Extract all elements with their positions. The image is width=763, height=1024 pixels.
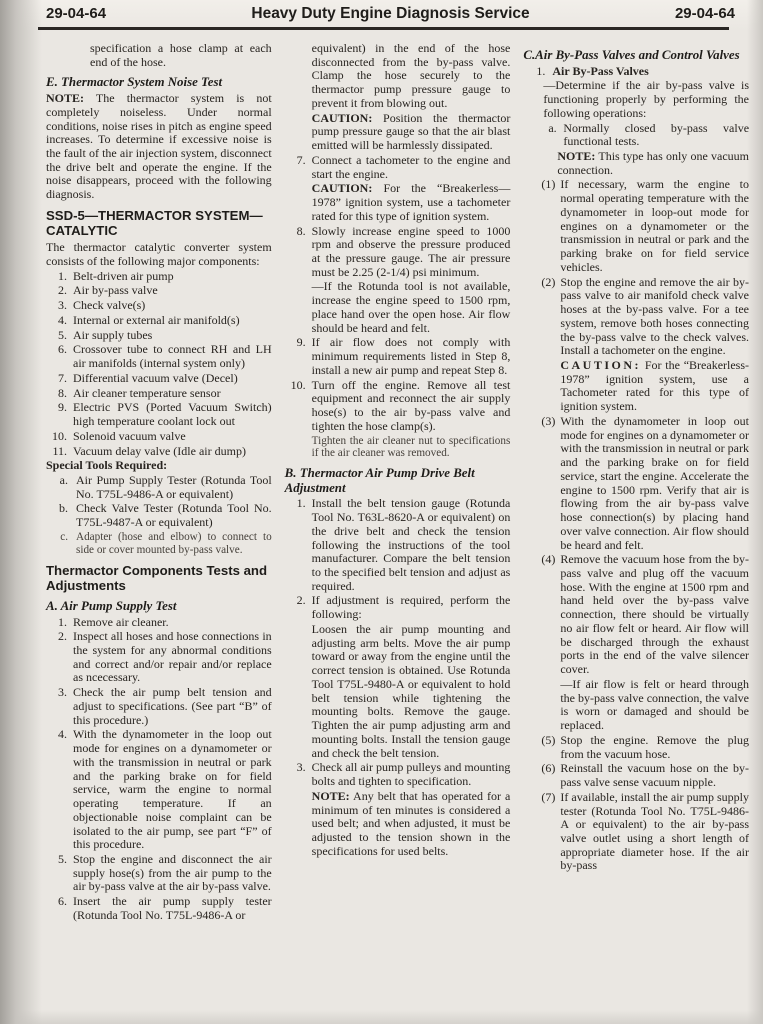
numbered-substep-text: Remove the vacuum hose from the by-pass … [560,552,749,676]
subsection-heading: B. Thermactor Air Pump Drive Belt Adjust… [285,466,511,495]
tool-item: c.Adapter (hose and elbow) to connect to… [46,531,272,557]
component-item: 3.Check valve(s) [46,299,272,313]
list-marker: (1) [529,178,555,192]
dash-note-text: —If the Rotunda tool is not available, i… [312,279,511,334]
dash-note: —Determine if the air by-pass valve is f… [523,79,749,120]
procedure-step: 3.Check the air pump belt tension and ad… [46,686,272,727]
sub-step-text: Normally closed by-pass valve functional… [563,121,749,149]
procedure-step: 9.If air flow does not comply with minim… [285,336,511,377]
component-item: 1.Belt-driven air pump [46,270,272,284]
list-marker: (7) [529,791,555,805]
list-marker: 4. [46,728,67,742]
tool-item-text: Check Valve Tester (Rotunda Tool No. T75… [76,501,272,529]
subsection-heading-text: E. Thermactor System Noise Test [46,75,222,89]
caution-paragraph: CAUTION: For the “Breakerless-1978” igni… [523,359,749,414]
numbered-substep-text: With the dynamometer in loop out mode fo… [560,414,749,552]
component-item: 9.Electric PVS (Ported Vacuum Switch) hi… [46,401,272,428]
list-marker: 2. [46,630,67,644]
subsection-heading: E. Thermactor System Noise Test [46,75,272,90]
note-paragraph: NOTE: This type has only one vacuum conn… [523,150,749,177]
page-title: Heavy Duty Engine Diagnosis Service [106,5,675,23]
subsection-heading-text: B. Thermactor Air Pump Drive Belt Adjust… [285,466,475,495]
subsection-heading-text: A. Air Pump Supply Test [46,599,177,613]
numbered-substep: (5)Stop the engine. Remove the plug from… [523,734,749,761]
list-marker: 1. [285,497,306,511]
dash-note: —If the Rotunda tool is not available, i… [285,280,511,335]
procedure-step-text: Connect a tachometer to the engine and s… [312,153,511,181]
procedure-step-text: Remove air cleaner. [73,615,169,629]
special-tools-heading: Special Tools Required: [46,459,272,473]
procedure-step: 4.With the dynamometer in the loop out m… [46,728,272,852]
procedure-step: 7.Connect a tachometer to the engine and… [285,154,511,181]
procedure-step: 3.Check all air pump pulleys and mountin… [285,761,511,788]
tool-item-text: Adapter (hose and elbow) to connect to s… [76,531,272,556]
bold-lead: Air By-Pass Valves [552,64,648,78]
numbered-substep: (3)With the dynamometer in loop out mode… [523,415,749,552]
list-marker: (3) [529,415,555,429]
component-item-text: Crossover tube to connect RH and LH air … [73,342,272,370]
subsection-heading: C.Air By-Pass Valves and Control Valves [523,48,749,63]
procedure-step-text: If adjustment is required, perform the f… [312,593,511,621]
continuation-text: specification a hose clamp at each end o… [46,42,272,69]
component-item: 5.Air supply tubes [46,329,272,343]
procedure-step-text: Stop the engine and disconnect the air s… [73,852,272,893]
list-marker: c. [48,531,68,544]
component-item: 8.Air cleaner temperature sensor [46,387,272,401]
component-item-text: Electric PVS (Ported Vacuum Switch) high… [73,400,272,428]
component-item-text: Internal or external air manifold(s) [73,313,240,327]
component-item: 10.Solenoid vacuum valve [46,430,272,444]
list-marker: (5) [529,734,555,748]
numbered-substep-text: If necessary, warm the engine to normal … [560,177,749,273]
procedure-step-text: Inspect all hoses and hose connections i… [73,629,272,684]
content-columns: specification a hose clamp at each end o… [46,42,749,1024]
list-marker: 5. [46,329,67,343]
list-marker: a. [48,474,68,488]
numbered-substep: (4)Remove the vacuum hose from the by-pa… [523,553,749,677]
list-marker: (2) [529,276,555,290]
section-heading: Thermactor Components Tests and Adjustme… [46,563,272,593]
numbered-substep-text: Reinstall the vacuum hose on the by-pass… [560,761,749,789]
continuation-text: equivalent) in the end of the hose disco… [285,42,511,111]
procedure-step: 2.If adjustment is required, perform the… [285,594,511,621]
tool-item: b.Check Valve Tester (Rotunda Tool No. T… [46,502,272,529]
list-marker: 6. [46,343,67,357]
procedure-step-text: Check all air pump pulleys and mounting … [312,760,511,788]
list-marker: 10. [285,379,306,393]
list-marker: 3. [46,686,67,700]
subsection-heading: A. Air Pump Supply Test [46,599,272,614]
component-item: 2.Air by-pass valve [46,284,272,298]
list-marker: 7. [46,372,67,386]
component-item-text: Air cleaner temperature sensor [73,386,221,400]
dash-note-text: —Determine if the air by-pass valve is f… [543,78,749,119]
component-item: 7.Differential vacuum valve (Decel) [46,372,272,386]
component-item-text: Vacuum delay valve (Idle air dump) [73,444,246,458]
list-marker: 9. [285,336,306,350]
procedure-step: 8.Slowly increase engine speed to 1000 r… [285,225,511,280]
sub-paragraph: Loosen the air pump mounting and adjusti… [285,623,511,760]
numbered-substep-text: Stop the engine and remove the air by-pa… [560,275,749,358]
list-marker: 3. [46,299,67,313]
list-marker: 7. [285,154,306,168]
dash-note: —If air flow is felt or heard through th… [523,678,749,733]
bold-lead: NOTE: [557,149,595,163]
list-marker: 6. [46,895,67,909]
list-marker: b. [48,502,68,516]
sub-paragraph-text: Loosen the air pump mounting and adjusti… [312,622,511,760]
list-marker: 10. [46,430,67,444]
scanned-page: 29-04-64 Heavy Duty Engine Diagnosis Ser… [0,0,763,1024]
list-marker: 4. [46,314,67,328]
list-marker: 2. [46,284,67,298]
numbered-substep: (7)If available, install the air pump su… [523,791,749,873]
continuation-text-text: equivalent) in the end of the hose disco… [312,41,511,110]
procedure-step: 2.Inspect all hoses and hose connections… [46,630,272,685]
special-tools-heading-text: Special Tools Required: [46,458,167,472]
list-marker: 5. [46,853,67,867]
caution-paragraph: CAUTION: Position the thermactor pump pr… [285,112,511,153]
column-3: C.Air By-Pass Valves and Control Valves1… [523,42,749,1024]
procedure-step-text: If air flow does not comply with minimum… [312,335,511,376]
note-paragraph: NOTE: The thermactor system is not compl… [46,92,272,202]
procedure-step: 1.Air By-Pass Valves [523,65,749,79]
component-item: 4.Internal or external air manifold(s) [46,314,272,328]
component-item: 6.Crossover tube to connect RH and LH ai… [46,343,272,370]
sub-step: a.Normally closed by-pass valve function… [523,122,749,149]
component-item: 11.Vacuum delay valve (Idle air dump) [46,445,272,459]
list-marker: 3. [285,761,306,775]
list-marker: 2. [285,594,306,608]
list-marker: 1. [525,65,545,79]
small-note-text: Tighten the air cleaner nut to specifica… [312,435,511,460]
bold-lead: NOTE: [312,789,350,803]
header-rule [38,27,729,30]
list-marker: 8. [46,387,67,401]
numbered-substep: (2)Stop the engine and remove the air by… [523,276,749,358]
tool-item-text: Air Pump Supply Tester (Rotunda Tool No.… [76,473,272,501]
procedure-step: 5.Stop the engine and disconnect the air… [46,853,272,894]
caution-paragraph: CAUTION: For the “Breakerless—1978” igni… [285,182,511,223]
page-number-right: 29-04-64 [675,5,735,22]
list-marker: (6) [529,762,555,776]
component-item-text: Air supply tubes [73,328,152,342]
list-marker: 8. [285,225,306,239]
component-item-text: Air by-pass valve [73,283,158,297]
section-heading-text: Thermactor Components Tests and Adjustme… [46,563,267,593]
procedure-step-text: With the dynamometer in the loop out mod… [73,727,272,851]
section-heading: SSD-5—THERMACTOR SYSTEM—CATALYTIC [46,208,272,238]
intro-paragraph: The thermactor catalytic converter syste… [46,241,272,268]
subsection-heading-text: C.Air By-Pass Valves and Control Valves [523,48,739,62]
procedure-step-text: Check the air pump belt tension and adju… [73,685,272,726]
numbered-substep-text: If available, install the air pump suppl… [560,790,749,873]
procedure-step-text: Install the belt tension gauge (Rotunda … [312,496,511,592]
small-note: Tighten the air cleaner nut to specifica… [285,435,511,461]
list-marker: 9. [46,401,67,415]
numbered-substep: (6)Reinstall the vacuum hose on the by-p… [523,762,749,789]
column-2: equivalent) in the end of the hose disco… [285,42,511,1024]
list-marker: 1. [46,616,67,630]
bold-lead: NOTE: [46,91,84,105]
procedure-step-text: Slowly increase engine speed to 1000 rpm… [312,224,511,279]
procedure-step-text: Turn off the engine. Remove all test equ… [312,378,511,433]
tool-item: a.Air Pump Supply Tester (Rotunda Tool N… [46,474,272,501]
page-number-left: 29-04-64 [46,5,106,22]
component-item-text: Solenoid vacuum valve [73,429,186,443]
bold-lead: CAUTION: [312,111,373,125]
section-heading-text: SSD-5—THERMACTOR SYSTEM—CATALYTIC [46,208,263,238]
list-marker: 11. [46,445,67,459]
bold-lead: CAUTION: [560,358,641,372]
continuation-text-text: specification a hose clamp at each end o… [90,41,272,69]
list-marker: 1. [46,270,67,284]
procedure-step: 1.Install the belt tension gauge (Rotund… [285,497,511,593]
list-marker: a. [548,122,562,136]
numbered-substep-text: Stop the engine. Remove the plug from th… [560,733,749,761]
list-marker: (4) [529,553,555,567]
numbered-substep: (1)If necessary, warm the engine to norm… [523,178,749,274]
column-1: specification a hose clamp at each end o… [46,42,272,1024]
component-item-text: Belt-driven air pump [73,269,174,283]
procedure-step: 10.Turn off the engine. Remove all test … [285,379,511,434]
intro-paragraph-text: The thermactor catalytic converter syste… [46,240,272,268]
procedure-step-text: Insert the air pump supply tester (Rotun… [73,894,272,922]
dash-note-text: —If air flow is felt or heard through th… [560,677,749,732]
page-header: 29-04-64 Heavy Duty Engine Diagnosis Ser… [46,5,735,23]
bold-lead: CAUTION: [312,181,373,195]
procedure-step: 1.Remove air cleaner. [46,616,272,630]
component-item-text: Differential vacuum valve (Decel) [73,371,238,385]
note-paragraph-text: The thermactor system is not completely … [46,91,272,201]
note-paragraph: NOTE: Any belt that has operated for a m… [285,790,511,859]
procedure-step: 6.Insert the air pump supply tester (Rot… [46,895,272,922]
component-item-text: Check valve(s) [73,298,145,312]
